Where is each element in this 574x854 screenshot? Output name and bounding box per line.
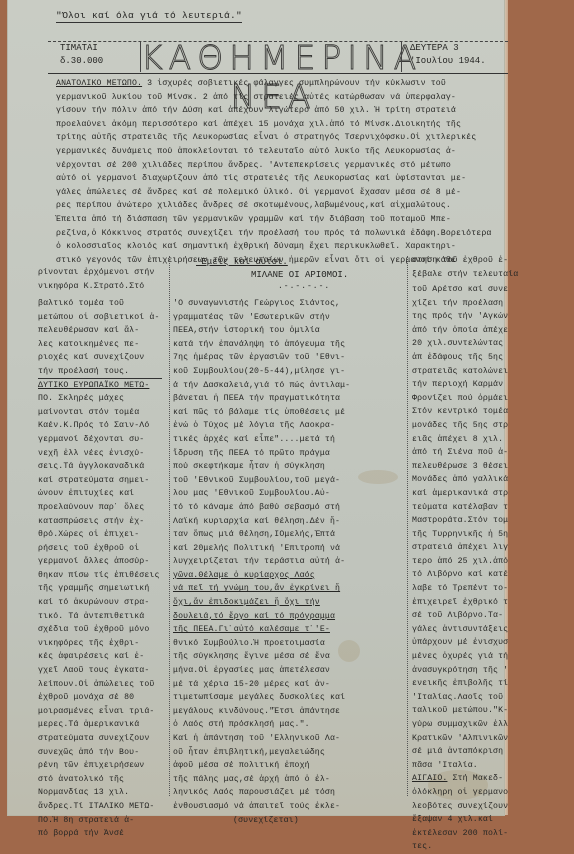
mid-line: κατά τήν ἐπανάληψη τό ἀπόγευμα τῆς	[173, 338, 405, 352]
lead-line-0: ΑΝΑΤΟΛΙΚΟ ΜΕΤΩΠΟ. 3 ἰσχυρές σοβιετικές φ…	[56, 77, 506, 91]
right-line: της πρός τήν 'Αγκώνα	[412, 310, 508, 324]
mid-line: μέ τά χέρια 15-20 μέρες καί ἀν-	[173, 678, 405, 692]
left-line: νεχῆ ἐλλ νέες ἐνισχύ-	[38, 447, 166, 461]
mid-line: ἵδρυση τῆς ΠΕΕΑ τό πρῶτο πράγμα	[173, 447, 405, 461]
right-line: τήν περιοχή Καρμάν	[412, 378, 508, 392]
left-line: γερμανοί δέχονται συ-	[38, 433, 166, 447]
lead-line: Ἐπειτα ἀπό τή διάσπαση τῶν γερμανικῶν γρ…	[56, 213, 506, 227]
left-line: μοιρασμένες εἶναι τριά-	[38, 705, 166, 719]
middle-article-title: ΜΙΛΑΝΕ ΟΙ ΑΡΙΘΜΟΙ.	[251, 270, 348, 280]
masthead-bottom-rule	[48, 73, 508, 74]
right-line: στρατειᾶς κατολώνει	[412, 365, 508, 379]
mid-line-underlined: τῆς ΠΕΕΑ.Γι᾽αὐτό καλέσαμε τ᾽'Ε-	[173, 623, 405, 637]
left-line: τῆς γραμμῆς σημειωτική	[38, 582, 166, 596]
left-line: μαίνονται στόν τομέα	[38, 406, 166, 420]
lead-line: νέρχονται σέ 200 χιλιάδες περίπου ἄνδρες…	[56, 159, 506, 173]
mid-line: ΠΕΕΑ,στήν ἱστορική του ὁμιλία	[173, 324, 405, 338]
lead-line: αὐτό οἱ γερμανοί διαχωρίζουν ἀπό τίς στρ…	[56, 172, 506, 186]
left-line: ρήσεις τοῦ ἐχθροῦ οἱ	[38, 542, 166, 556]
lead-article: ΑΝΑΤΟΛΙΚΟ ΜΕΤΩΠΟ. 3 ἰσχυρές σοβιετικές φ…	[56, 77, 506, 267]
right-line: σέ τοῦ Λιβόρνο.Τα-	[412, 609, 508, 623]
left-line: σεις.Τά ἀγγλοκαναδικά	[38, 460, 166, 474]
right-line: ἀπό τή Σιένα ποῦ ἀ-	[412, 446, 508, 460]
left-line: θρό.Χώρες οἱ ἐπιχει-	[38, 528, 166, 542]
left-line: τήν προέλασή τους.	[38, 365, 166, 379]
right-heading-line: ΑΙΓΑΙΟ. Στή Μακεδ-	[412, 772, 508, 786]
right-line: καί ἀμερικανικά στρα-	[412, 487, 508, 501]
right-line: ἔξαψαν 4 χιλ.καί	[412, 813, 508, 822]
left-line: θηκαν πίσω τίς ἐπιθέσεις	[38, 569, 166, 583]
left-line: νικηφόρα Κ.Στρατό.Στό	[38, 280, 163, 294]
mid-line: τιμετωπίσαμε μεγάλες δυσκολίες καί	[173, 691, 405, 705]
left-line: ΠΟ.Ἡ 8η στρατειά ἀ-	[38, 814, 166, 822]
right-line: ὁλόκληρη οἱ γερμανοί	[412, 786, 508, 800]
right-line: ενεικῆς ἐπιβολῆς τίς	[412, 677, 508, 691]
right-column-top: στηση τοῦ ἐχθροῦ ἐ- ξέβαλε στήν τελευταί…	[412, 254, 512, 281]
left-section-rule	[38, 378, 162, 379]
right-line: Στόν κεντρικό τομέα	[412, 405, 508, 419]
left-line: κατασπρώσεις στήν ἐχ-	[38, 515, 166, 529]
right-line: στηση τοῦ ἐχθροῦ ἐ-	[412, 254, 512, 268]
mid-line-underlined: δουλειά,τό ἔργο καί τό πρόγραμμα	[173, 610, 405, 624]
right-line: πελευθέρωσε 3 θέσεις	[412, 460, 508, 474]
mid-line: ταν ὅπως μιά θέληση,ΙΟμελής,Ἑπτά	[173, 528, 405, 542]
mid-line: ἐνθουσιασμό νά ἀπαιτεῖ τούς ἐκλε-	[173, 800, 405, 814]
right-line: Μονάδες ἀπό γαλλικά	[412, 473, 508, 487]
left-line: τικό. Τά ἀντεπιθετικά	[38, 610, 166, 624]
right-line: Κρατικῶν 'Αλπινικῶν ἀρά	[412, 732, 508, 746]
left-line: μετώπου οἱ σοβιετικοί ἀ-	[38, 311, 166, 325]
left-line: γερμανοί ἄλλες ἀποσύρ-	[38, 555, 166, 569]
left-line: νικηφόρες τῆς ἐχθρι-	[38, 637, 166, 651]
left-line: ἐχθροῦ μονάχα σέ 80	[38, 691, 166, 705]
right-section-heading: ΑΙΓΑΙΟ.	[412, 774, 447, 783]
mid-line-underlined: γῶνα.Θέλαμε ὁ κυρίαρχος Λαός	[173, 569, 405, 583]
left-line: Καέν.Κ.Πρός τό Σαιν-Λό	[38, 419, 166, 433]
mid-line: Λαϊκή κυριαρχία καί θέληση.Δέν ἤ-	[173, 515, 405, 529]
lead-line: τρίτης αὐτῆς στρατειᾶς τῆς Λευκορωσίας ε…	[56, 131, 506, 145]
mid-line: καί πῶς τό βάλαμε τίς ὑποθέσεις μέ	[173, 406, 405, 420]
right-line: ξέβαλε στήν τελευταία	[412, 268, 512, 282]
right-line: ἀπ ἐδάφους τῆς 5ης	[412, 351, 508, 365]
date-month-year: 'Ιουλίου 1944.	[410, 55, 515, 68]
left-line: Νορμανδίας 13 χιλ.	[38, 786, 166, 800]
mid-line: καί 20μελής Πολιτική 'Επιτροπή νά	[173, 542, 405, 556]
right-line: 'Ιταλίας.Λαοῖς τοῦ 'Ι-	[412, 691, 508, 705]
mid-line: μεγάλους κινδύνους."Ἐτσι ἀπάντησε	[173, 705, 405, 719]
mid-line: λυγχειρίζεται τήν τεράστια αὐτή ἀ-	[173, 555, 405, 569]
left-line: μερες.Τά ἀμερικανικά	[38, 718, 166, 732]
right-line: τεύματα κατέλαβαν τό	[412, 501, 508, 515]
lead-line: ρες περίπου ἀνώτερο χιλιάδες ἄνδρες σέ σ…	[56, 199, 506, 213]
left-line: ρένη τῶν ἐπιχειρήσεων	[38, 759, 166, 773]
right-line: μένες ὀχυρές γιά τήν	[412, 650, 508, 664]
lead-line: ρεζίνα,ὁ Κόκκινος στρατός συνεχίζει τήν …	[56, 227, 506, 241]
left-line: καί τό ἀκυρώνουν στρα-	[38, 596, 166, 610]
price-value: δ.30.000	[60, 55, 140, 68]
left-line: βαλτικό τομέα τοῦ	[38, 297, 166, 311]
mid-line-underlined: νά πεῖ τή γνώμη του,ἄν ἐγκρίνει ἤ	[173, 582, 405, 596]
right-line: ἀπό τήν ὁποία ἀπέχει	[412, 324, 508, 338]
right-line: μονάδες τῆς 5ης στρατ-	[412, 419, 508, 433]
mid-line: τῆς πάλης μας,σέ ἀρχή ἀπό ὁ ἐλ-	[173, 773, 405, 787]
right-line: χίζει τήν προέλαση	[412, 297, 508, 311]
left-line: σχέδια τοῦ ἐχθροῦ μόνο	[38, 623, 166, 637]
mid-line: οῦ ἦταν ἐπιβλητική,μεγαλειώδης	[173, 746, 405, 760]
mid-line: Καί ἡ ἀπάντηση τοῦ 'Ελληνικοῦ Λα-	[173, 732, 405, 746]
right-line: Φρονίζει πού ὁρμάει.	[412, 392, 508, 406]
lead-line: γερμανικοῦ λυκίου τοῦ Μίνσκ. 2 ἀπό τίς σ…	[56, 91, 506, 105]
mid-line: 'Ο συναγωνιστής Γεώργιος Σιάντος,	[173, 297, 405, 311]
right-line: Μαστροράτα.Στόν τομέα	[412, 514, 508, 528]
mid-line: γραμματέας τῶν 'Εσωτερικῶν στήν	[173, 311, 405, 325]
right-line: ὑπάρχουν μέ ἐνισχυσ-	[412, 636, 508, 650]
mid-line: ά τήν Δασκαλειά,γιά τό πώς ἀντιλαμ-	[173, 379, 405, 393]
left-column: βαλτικό τομέα τοῦ μετώπου οἱ σοβιετικοί …	[38, 297, 166, 822]
mid-line: κοῦ Συμβουλίου(20-5-44),μίλησε γι-	[173, 365, 405, 379]
mid-line: ληνικός Λαός παρουσιάζει μέ τόση	[173, 786, 405, 800]
mid-line: ὁ Λαός στή πρόσκλησή μας.".	[173, 718, 405, 732]
price-label: ΤΙΜΑΤΑΙ	[60, 42, 140, 55]
mid-line: θνικό Συμβούλιο.Ἡ προετοιμασία	[173, 637, 405, 651]
mid-line: τῆς σύγκλησης ἔγινε μέσα σέ ἕνα	[173, 650, 405, 664]
right-line: γάλες ἀντισυντάξεις	[412, 623, 508, 637]
left-line: συνεχῶς ἀπό τήν Βου-	[38, 746, 166, 760]
right-line: ειᾶς ἀπέχει 8 χιλ.	[412, 433, 508, 447]
price-box: ΤΙΜΑΤΑΙ δ.30.000	[56, 42, 141, 72]
left-line: στρατεύματα συνεχίζουν	[38, 732, 166, 746]
left-line: ρίνονται ἐρχόμενοι στήν	[38, 266, 163, 280]
right-line: τερο ἀπό 25 χιλ.ἀπό	[412, 555, 508, 569]
left-line: ώνουν ἐπιτυχίες καί	[38, 487, 166, 501]
left-line: ἄνδρες.Τί ΙΤΑΛΙΚΟ ΜΕΤΩ-	[38, 800, 166, 814]
left-line: λείπουν.Οἱ ἀπώλειες τοῦ	[38, 678, 166, 692]
date-box: ΔΕΥΤΕΡΑ 3 'Ιουλίου 1944.	[401, 42, 515, 72]
left-line: κές ἀφαιρέσεις καί ἐ-	[38, 650, 166, 664]
newspaper-motto: "Όλοι καί όλα γιά τό λευτεριά."	[56, 10, 242, 23]
mid-line: 7ης ἡμέρας τῶν ἐργασιῶν τοῦ 'Εθνι-	[173, 351, 405, 365]
right-line: λεοβότες συνεχίζουν	[412, 800, 508, 814]
right-line: ἀνασυγκρότηση τῆς 'Αλπ-	[412, 664, 508, 678]
left-section-heading: ΔΥΤΙΚΟ ΕΥΡΩΠΑΪΚΟ ΜΕΤΩ-	[38, 379, 166, 393]
left-line: καί στρατεύματα σημει-	[38, 474, 166, 488]
middle-section-heading: 'Εμεῖς καί αὐτοί.	[196, 257, 288, 267]
lead-heading: ΑΝΑΤΟΛΙΚΟ ΜΕΤΩΠΟ.	[56, 79, 142, 88]
right-line: στρατειά ἀπέχει λιγό-	[412, 541, 508, 555]
lead-line: γίσουν τήν πόλιν ἀπό τήν Δύση καί ἀπέχου…	[56, 104, 506, 118]
mid-line: πού σκεφτήκαμε ἦταν ἡ σύγκληση	[173, 460, 405, 474]
right-line: ταλικοῦ μετώπου."Κ-	[412, 704, 508, 718]
newspaper-page: "Όλοι καί όλα γιά τό λευτεριά." ΤΙΜΑΤΑΙ …	[8, 0, 504, 815]
left-line: ριοχές καί συνεχίζουν	[38, 351, 166, 365]
mid-line: τοῦ 'Εθνικοῦ Συμβουλίου,τοῦ μεγά-	[173, 474, 405, 488]
right-line: σέ μιά ἀνταπόκριση	[412, 745, 508, 759]
right-line: γύρω συμμαχικῶν ἑλληνικῶν	[412, 718, 508, 732]
right-line: τοῦ Αρέτσο καί συνε-	[412, 283, 508, 297]
mid-line: ἐνώ ὁ Τύχος μέ λόγια τῆς Λαοκρα-	[173, 419, 405, 433]
left-line: λες κατοικημένες πε-	[38, 338, 166, 352]
mid-line: λου μας 'Εθνικοῦ Συμβουλίου.Αὐ-	[173, 487, 405, 501]
right-line: 20 χιλ.συντελώντας τά	[412, 337, 508, 351]
right-column: τοῦ Αρέτσο καί συνε- χίζει τήν προέλαση …	[412, 283, 508, 822]
lead-line: προελαύνει ἀκόμη περισσότερο καί ἀπέχει …	[56, 118, 506, 132]
middle-divider: .-.-.-.-.	[278, 282, 330, 291]
mid-line: μήνα.Οἱ ἐργασίες μας ἀπετέλεσαν	[173, 664, 405, 678]
lead-line: γερμανικές δυνάμεις πού ἀποκλείονται τό …	[56, 145, 506, 159]
mid-line: τικές ἀρχές καί εἶπε"....μετά τή	[173, 433, 405, 447]
mid-line: ἀφοῦ μέσα σέ πολιτική ἐποχή	[173, 759, 405, 773]
middle-column: 'Ο συναγωνιστής Γεώργιος Σιάντος, γραμμα…	[173, 297, 405, 822]
lead-line: γάλες ἀπώλειες σέ ἄνδρες καί σέ πολεμικό…	[56, 186, 506, 200]
right-line: λαβε τό Τρεπέντ το-	[412, 582, 508, 596]
left-line: πελευθέρωσαν καί ἄλ-	[38, 324, 166, 338]
left-line: στό ἀνατολικό τῆς	[38, 773, 166, 787]
right-line: ἐπιχειρεῖ ἐχθρικό τόπο	[412, 596, 508, 610]
right-line: τό Λιβόρνο καί κατέ-	[412, 568, 508, 582]
continued-note: (συνεχίζεται)	[173, 814, 405, 822]
lead-line: ὁ κολοσσιαῖος κλοιός καί σημαντική ἐχθρι…	[56, 240, 506, 254]
mid-line: τό τό κάναμε ἀπό βαθύ σεβασμό στή	[173, 501, 405, 515]
right-line: τῆς Τυρρηνικῆς ἡ 5η	[412, 528, 508, 542]
left-line: ΠΟ. Σκληρές μάχες	[38, 392, 166, 406]
mid-line: βάνεται ἡ ΠΕΕΑ τήν πραγματικότητα	[173, 392, 405, 406]
left-line: προελαύνουν παρ᾽ ὅλες	[38, 501, 166, 515]
left-line: γχεῖ Λαοῦ τους ἐγκατα-	[38, 664, 166, 678]
mid-line-underlined: ὄχι,ἄν ἐπιδοκιμάζει ἤ ὄχι τήν	[173, 596, 405, 610]
right-line: πᾶσα 'Ιταλία.	[412, 759, 508, 773]
date-day: ΔΕΥΤΕΡΑ 3	[410, 42, 515, 55]
left-column-top: ρίνονται ἐρχόμενοι στήν νικηφόρα Κ.Στρατ…	[38, 266, 163, 293]
